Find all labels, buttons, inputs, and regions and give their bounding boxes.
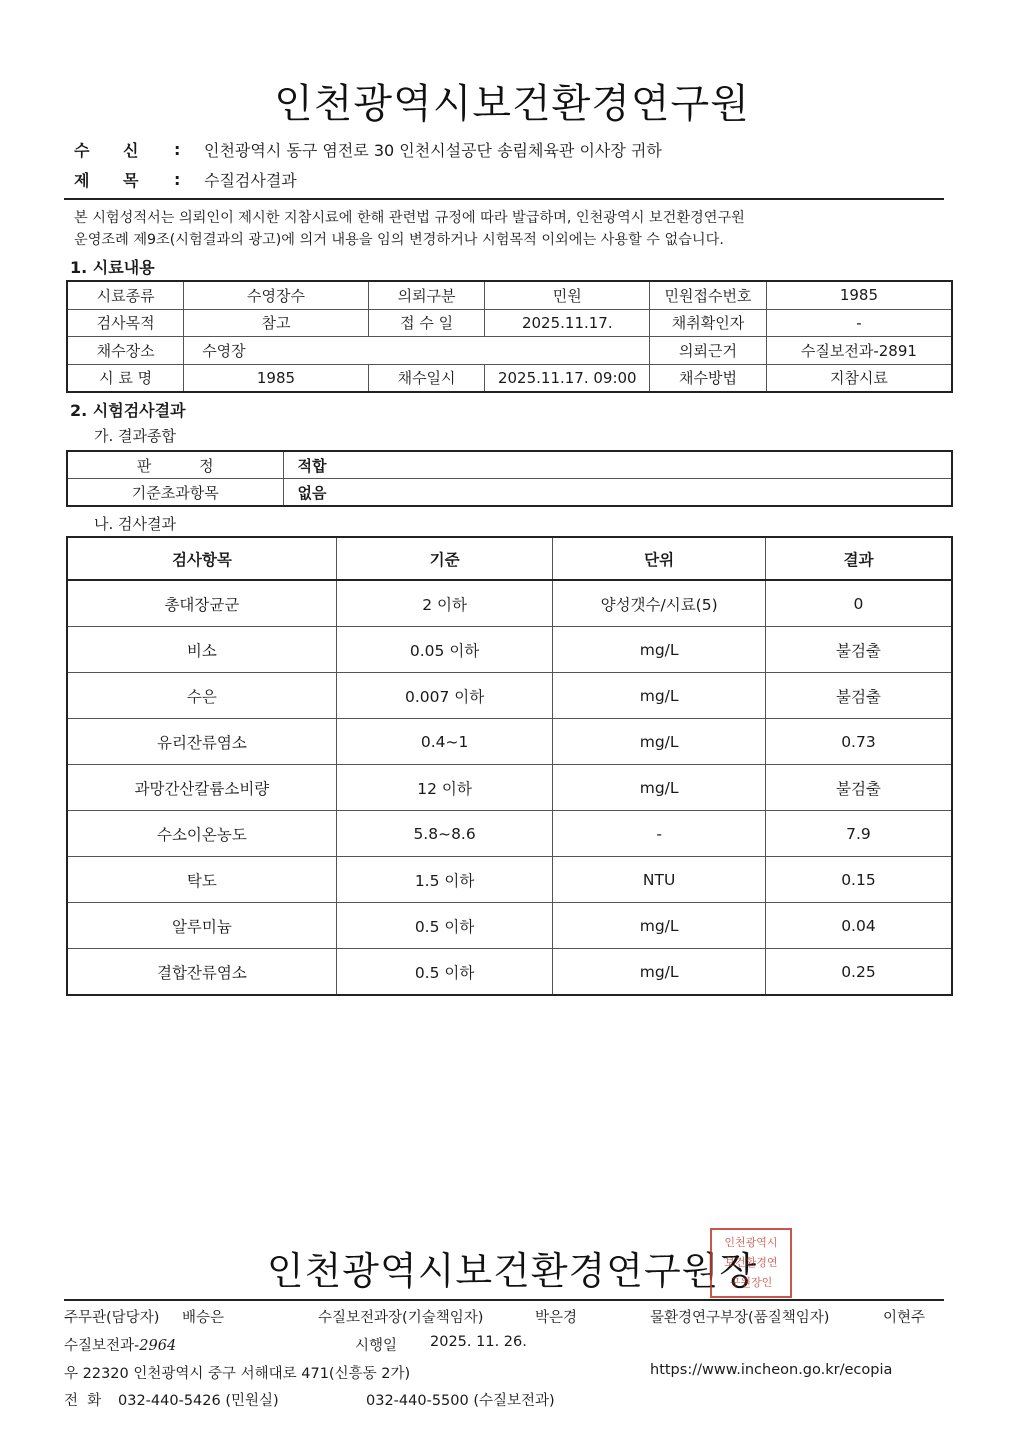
- result-cell: 불검출: [765, 765, 952, 811]
- phone-label: 전 화: [64, 1389, 101, 1410]
- table-row: 판 정 적합: [67, 451, 952, 479]
- result-cell: 불검출: [765, 627, 952, 673]
- unit-cell: NTU: [553, 857, 766, 903]
- column-header: 결과: [765, 537, 952, 580]
- item-cell: 비소: [67, 627, 336, 673]
- table-row: 비소 0.05 이하 mg/L 불검출: [67, 627, 952, 673]
- summary-title: 가. 결과종합: [94, 425, 176, 446]
- table-row: 채수장소 수영장 의뢰근거 수질보전과-2891: [67, 337, 952, 365]
- results-title: 나. 검사결과: [94, 513, 176, 534]
- info-label: 채취확인자: [650, 309, 767, 337]
- table-row: 결합잔류염소 0.5 이하 mg/L 0.25: [67, 949, 952, 996]
- item-cell: 총대장균군: [67, 580, 336, 627]
- chief-label: 수질보전과장(기술책임자): [318, 1306, 483, 1327]
- column-header: 검사항목: [67, 537, 336, 580]
- info-value: 민원: [485, 281, 650, 309]
- info-value: 수질보전과-2891: [766, 337, 952, 365]
- doc-number-prefix: 수질보전과-: [64, 1338, 139, 1354]
- info-label: 의뢰구분: [368, 281, 485, 309]
- result-summary-table: 판 정 적합 기준초과항목 없음: [66, 450, 953, 507]
- info-value: -: [766, 309, 952, 337]
- summary-label: 기준초과항목: [67, 479, 283, 507]
- table-row: 검사목적 참고 접 수 일 2025.11.17. 채취확인자 -: [67, 309, 952, 337]
- info-value: 2025.11.17.: [485, 309, 650, 337]
- table-row: 기준초과항목 없음: [67, 479, 952, 507]
- director-name: 이현주: [883, 1306, 925, 1327]
- info-label: 시료종류: [67, 281, 184, 309]
- table-header-row: 검사항목 기준 단위 결과: [67, 537, 952, 580]
- notice-line-2: 운영조례 제9조(시험결과의 광고)에 의거 내용을 임의 변경하거나 시험목적…: [74, 229, 954, 251]
- info-value: 1985: [184, 364, 369, 392]
- section-2-title: 2. 시험검사결과: [70, 398, 186, 421]
- table-row: 시 료 명 1985 채수일시 2025.11.17. 09:00 채수방법 지…: [67, 364, 952, 392]
- issue-date: 2025. 11. 26.: [430, 1334, 527, 1350]
- colon: :: [174, 170, 204, 189]
- info-value: 수영장: [184, 337, 650, 365]
- result-cell: 0.15: [765, 857, 952, 903]
- result-cell: 0.73: [765, 719, 952, 765]
- recipient-label: 수 신: [74, 138, 174, 161]
- table-row: 과망간산칼륨소비량 12 이하 mg/L 불검출: [67, 765, 952, 811]
- result-cell: 0: [765, 580, 952, 627]
- subject-value: 수질검사결과: [204, 168, 297, 191]
- unit-cell: -: [553, 811, 766, 857]
- column-header: 단위: [553, 537, 766, 580]
- doc-number: 수질보전과-2964: [64, 1334, 176, 1355]
- item-cell: 과망간산칼륨소비량: [67, 765, 336, 811]
- subject-row: 제 목 : 수질검사결과: [74, 168, 297, 191]
- colon: :: [174, 140, 204, 159]
- standard-cell: 2 이하: [336, 580, 553, 627]
- table-row: 시료종류 수영장수 의뢰구분 민원 민원접수번호 1985: [67, 281, 952, 309]
- issuer-title: 인천광역시보건환경연구원장: [0, 1240, 1024, 1295]
- recipient-row: 수 신 : 인천광역시 동구 염전로 30 인천시설공단 송림체육관 이사장 귀…: [74, 138, 662, 161]
- recipient-value: 인천광역시 동구 염전로 30 인천시설공단 송림체육관 이사장 귀하: [204, 138, 662, 161]
- seal-text: 보건환경연: [712, 1253, 790, 1273]
- notice: 본 시험성적서는 의뢰인이 제시한 지참시료에 한해 관련법 규정에 따라 발급…: [74, 207, 954, 251]
- result-cell: 7.9: [765, 811, 952, 857]
- unit-cell: mg/L: [553, 949, 766, 996]
- item-cell: 결합잔류염소: [67, 949, 336, 996]
- standard-cell: 0.5 이하: [336, 903, 553, 949]
- standard-cell: 5.8~8.6: [336, 811, 553, 857]
- info-label: 시 료 명: [67, 364, 184, 392]
- info-label: 채수일시: [368, 364, 485, 392]
- test-results-table: 검사항목 기준 단위 결과 총대장균군 2 이하 양성갯수/시료(5) 0 비소…: [66, 536, 953, 996]
- unit-cell: mg/L: [553, 627, 766, 673]
- seal-text: 인천광역시: [712, 1233, 790, 1253]
- unit-cell: mg/L: [553, 903, 766, 949]
- phone-1: 032-440-5426 (민원실): [118, 1389, 279, 1410]
- subject-label: 제 목: [74, 168, 174, 191]
- sample-info-table: 시료종류 수영장수 의뢰구분 민원 민원접수번호 1985 검사목적 참고 접 …: [66, 280, 953, 393]
- seal-text: 구원장인: [712, 1273, 790, 1293]
- info-value: 2025.11.17. 09:00: [485, 364, 650, 392]
- issue-label: 시행일: [355, 1334, 397, 1355]
- item-cell: 탁도: [67, 857, 336, 903]
- info-value: 참고: [184, 309, 369, 337]
- unit-cell: 양성갯수/시료(5): [553, 580, 766, 627]
- unit-cell: mg/L: [553, 719, 766, 765]
- standard-cell: 0.5 이하: [336, 949, 553, 996]
- info-label: 채수방법: [650, 364, 767, 392]
- result-cell: 0.25: [765, 949, 952, 996]
- item-cell: 유리잔류염소: [67, 719, 336, 765]
- info-label: 민원접수번호: [650, 281, 767, 309]
- summary-value: 적합: [283, 451, 952, 479]
- item-cell: 수소이온농도: [67, 811, 336, 857]
- summary-value: 없음: [283, 479, 952, 507]
- notice-line-1: 본 시험성적서는 의뢰인이 제시한 지참시료에 한해 관련법 규정에 따라 발급…: [74, 207, 954, 229]
- org-title: 인천광역시보건환경연구원: [0, 72, 1024, 129]
- table-row: 알루미늄 0.5 이하 mg/L 0.04: [67, 903, 952, 949]
- item-cell: 알루미늄: [67, 903, 336, 949]
- unit-cell: mg/L: [553, 673, 766, 719]
- standard-cell: 0.05 이하: [336, 627, 553, 673]
- standard-cell: 1.5 이하: [336, 857, 553, 903]
- website-link[interactable]: https://www.incheon.go.kr/ecopia: [650, 1362, 892, 1378]
- director-label: 물환경연구부장(품질책임자): [650, 1306, 829, 1327]
- table-row: 수소이온농도 5.8~8.6 - 7.9: [67, 811, 952, 857]
- doc-number-handwritten: 2964: [139, 1338, 176, 1354]
- official-seal-icon: 인천광역시 보건환경연 구원장인: [710, 1228, 792, 1298]
- chief-name: 박은경: [535, 1306, 577, 1327]
- phone-2: 032-440-5500 (수질보전과): [366, 1389, 555, 1410]
- unit-cell: mg/L: [553, 765, 766, 811]
- result-cell: 불검출: [765, 673, 952, 719]
- result-cell: 0.04: [765, 903, 952, 949]
- info-label: 채수장소: [67, 337, 184, 365]
- info-value: 수영장수: [184, 281, 369, 309]
- divider: [64, 198, 944, 200]
- info-label: 검사목적: [67, 309, 184, 337]
- table-row: 총대장균군 2 이하 양성갯수/시료(5) 0: [67, 580, 952, 627]
- address: 우 22320 인천광역시 중구 서해대로 471(신흥동 2가): [64, 1362, 410, 1383]
- table-row: 수은 0.007 이하 mg/L 불검출: [67, 673, 952, 719]
- table-row: 유리잔류염소 0.4~1 mg/L 0.73: [67, 719, 952, 765]
- standard-cell: 0.007 이하: [336, 673, 553, 719]
- info-value: 1985: [766, 281, 952, 309]
- table-row: 탁도 1.5 이하 NTU 0.15: [67, 857, 952, 903]
- officer-name: 배승은: [182, 1306, 224, 1327]
- footer-divider: [64, 1299, 944, 1301]
- info-label: 접 수 일: [368, 309, 485, 337]
- info-label: 의뢰근거: [650, 337, 767, 365]
- standard-cell: 12 이하: [336, 765, 553, 811]
- summary-label: 판 정: [67, 451, 283, 479]
- section-1-title: 1. 시료내용: [70, 255, 155, 278]
- info-value: 지참시료: [766, 364, 952, 392]
- officer-label: 주무관(담당자): [64, 1306, 159, 1327]
- column-header: 기준: [336, 537, 553, 580]
- standard-cell: 0.4~1: [336, 719, 553, 765]
- item-cell: 수은: [67, 673, 336, 719]
